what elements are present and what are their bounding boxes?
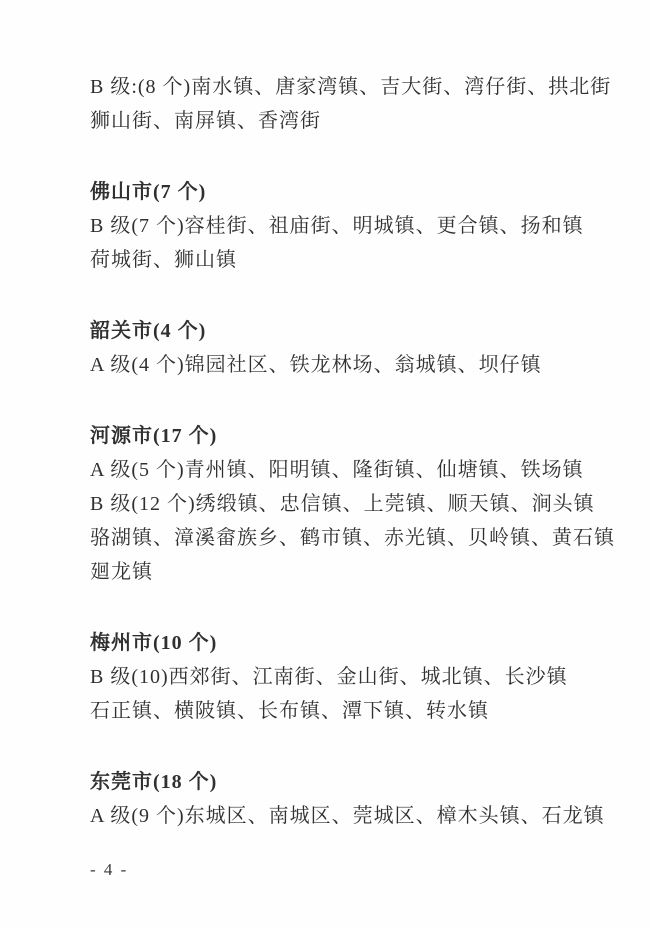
section-shaoguan: 韶关市(4 个) A 级(4 个)锦园社区、铁龙林场、翁城镇、坝仔镇 xyxy=(90,314,562,382)
city-heading: 佛山市(7 个) xyxy=(90,175,562,209)
section-foshan: 佛山市(7 个) B 级(7 个)容桂街、祖庙街、明城镇、更合镇、扬和镇 荷城街… xyxy=(90,175,562,277)
text-line: B 级(10)西郊街、江南街、金山街、城北镇、长沙镇 xyxy=(90,660,562,694)
city-heading: 韶关市(4 个) xyxy=(90,314,562,348)
page-number: - 4 - xyxy=(90,860,128,880)
text-line: B 级(7 个)容桂街、祖庙街、明城镇、更合镇、扬和镇 xyxy=(90,209,562,243)
text-line: B 级:(8 个)南水镇、唐家湾镇、吉大街、湾仔街、拱北街 xyxy=(90,70,562,104)
section-heyuan: 河源市(17 个) A 级(5 个)青州镇、阳明镇、隆街镇、仙塘镇、铁场镇 B … xyxy=(90,419,562,589)
text-line: 狮山街、南屏镇、香湾街 xyxy=(90,104,562,138)
text-line: A 级(9 个)东城区、南城区、莞城区、樟木头镇、石龙镇 xyxy=(90,799,562,833)
city-heading: 河源市(17 个) xyxy=(90,419,562,453)
section-meizhou: 梅州市(10 个) B 级(10)西郊街、江南街、金山街、城北镇、长沙镇 石正镇… xyxy=(90,626,562,728)
city-heading: 东莞市(18 个) xyxy=(90,765,562,799)
section-zhuhai-continuation: B 级:(8 个)南水镇、唐家湾镇、吉大街、湾仔街、拱北街 狮山街、南屏镇、香湾… xyxy=(90,70,562,138)
document-page: B 级:(8 个)南水镇、唐家湾镇、吉大街、湾仔街、拱北街 狮山街、南屏镇、香湾… xyxy=(0,0,650,928)
text-line: B 级(12 个)绣缎镇、忠信镇、上莞镇、顺天镇、涧头镇 xyxy=(90,487,562,521)
text-line: 廻龙镇 xyxy=(90,555,562,589)
section-dongguan: 东莞市(18 个) A 级(9 个)东城区、南城区、莞城区、樟木头镇、石龙镇 xyxy=(90,765,562,833)
text-line: 荷城街、狮山镇 xyxy=(90,243,562,277)
text-line: A 级(5 个)青州镇、阳明镇、隆街镇、仙塘镇、铁场镇 xyxy=(90,453,562,487)
text-line: A 级(4 个)锦园社区、铁龙林场、翁城镇、坝仔镇 xyxy=(90,348,562,382)
text-line: 石正镇、横陂镇、长布镇、潭下镇、转水镇 xyxy=(90,694,562,728)
city-heading: 梅州市(10 个) xyxy=(90,626,562,660)
text-line: 骆湖镇、漳溪畲族乡、鹤市镇、赤光镇、贝岭镇、黄石镇 xyxy=(90,521,562,555)
document-content: B 级:(8 个)南水镇、唐家湾镇、吉大街、湾仔街、拱北街 狮山街、南屏镇、香湾… xyxy=(90,70,562,833)
